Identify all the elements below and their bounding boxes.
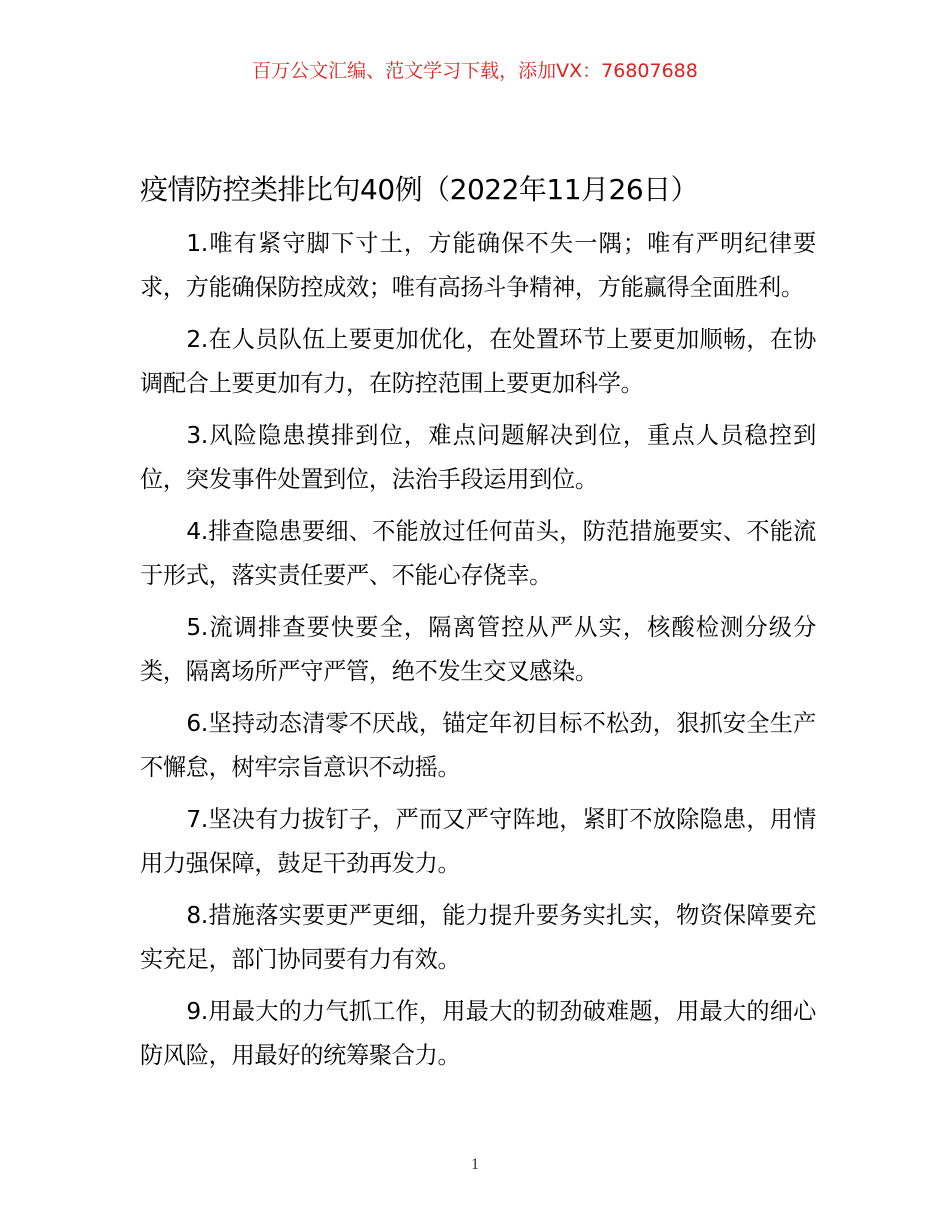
paragraph-4: 4.排查隐患要细、不能放过任何苗头，防范措施要实、不能流于形式，落实责任要严、不… [140, 510, 816, 598]
paragraph-7: 7.坚决有力拔钉子，严而又严守阵地，紧盯不放除隐患，用情用力强保障，鼓足干劲再发… [140, 798, 816, 886]
watermark-banner: 百万公文汇编、范文学习下载，添加VX：76807688 [0, 56, 950, 83]
paragraph-6: 6.坚持动态清零不厌战，锚定年初目标不松劲，狠抓安全生产不懈怠，树牢宗旨意识不动… [140, 702, 816, 790]
paragraph-8: 8.措施落实要更严更细，能力提升要务实扎实，物资保障要充实充足，部门协同要有力有… [140, 894, 816, 982]
paragraph-9: 9.用最大的力气抓工作，用最大的韧劲破难题，用最大的细心防风险，用最好的统筹聚合… [140, 990, 816, 1078]
document-title: 疫情防控类排比句40例（2022年11月26日） [140, 168, 820, 208]
paragraph-3: 3.风险隐患摸排到位，难点问题解决到位，重点人员稳控到位，突发事件处置到位，法治… [140, 414, 816, 502]
document-body: 1.唯有紧守脚下寸土，方能确保不失一隅；唯有严明纪律要求，方能确保防控成效；唯有… [140, 222, 816, 1086]
paragraph-2: 2.在人员队伍上要更加优化，在处置环节上要更加顺畅，在协调配合上要更加有力，在防… [140, 318, 816, 406]
page-number: 1 [0, 1156, 950, 1174]
paragraph-1: 1.唯有紧守脚下寸土，方能确保不失一隅；唯有严明纪律要求，方能确保防控成效；唯有… [140, 222, 816, 310]
paragraph-5: 5.流调排查要快要全，隔离管控从严从实，核酸检测分级分类，隔离场所严守严管，绝不… [140, 606, 816, 694]
